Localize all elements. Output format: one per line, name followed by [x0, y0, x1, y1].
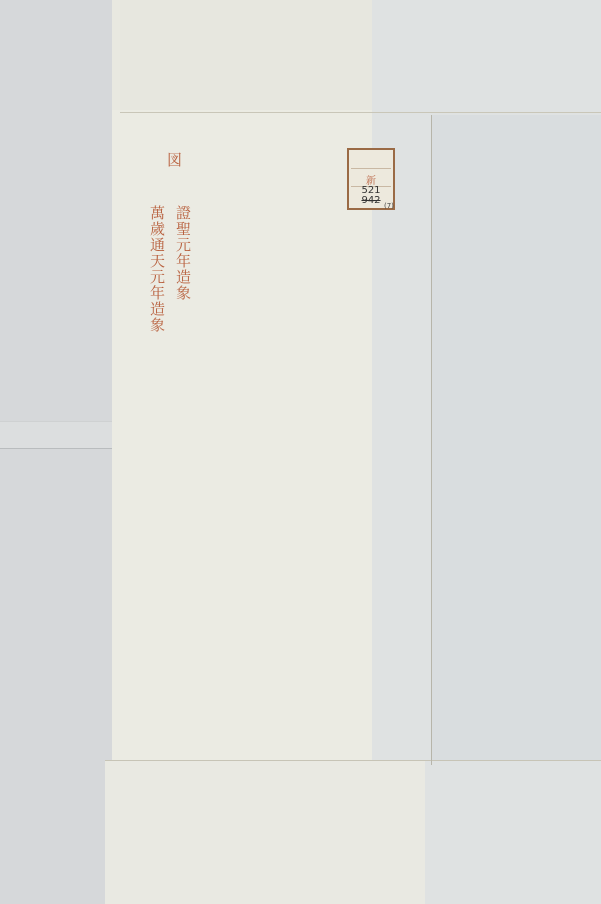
- paper-top-panel: [120, 0, 375, 112]
- fold-line-vertical: [431, 115, 432, 765]
- note-column-2: 萬歲通天元年造象: [147, 205, 166, 333]
- paper-bottom-panel: [105, 760, 425, 904]
- fold-line-bottom: [105, 760, 601, 761]
- paper-right-inner-panel: [432, 115, 601, 760]
- background-left-band: [0, 421, 112, 449]
- label-divider: [351, 168, 391, 169]
- note-title: 図: [164, 152, 183, 168]
- note-column-1: 證聖元年造象: [173, 205, 192, 301]
- background-left-margin: [0, 0, 112, 904]
- catalog-label: 新 521 942: [347, 148, 395, 210]
- label-suffix: (7): [384, 202, 394, 210]
- fold-line-top: [120, 112, 601, 113]
